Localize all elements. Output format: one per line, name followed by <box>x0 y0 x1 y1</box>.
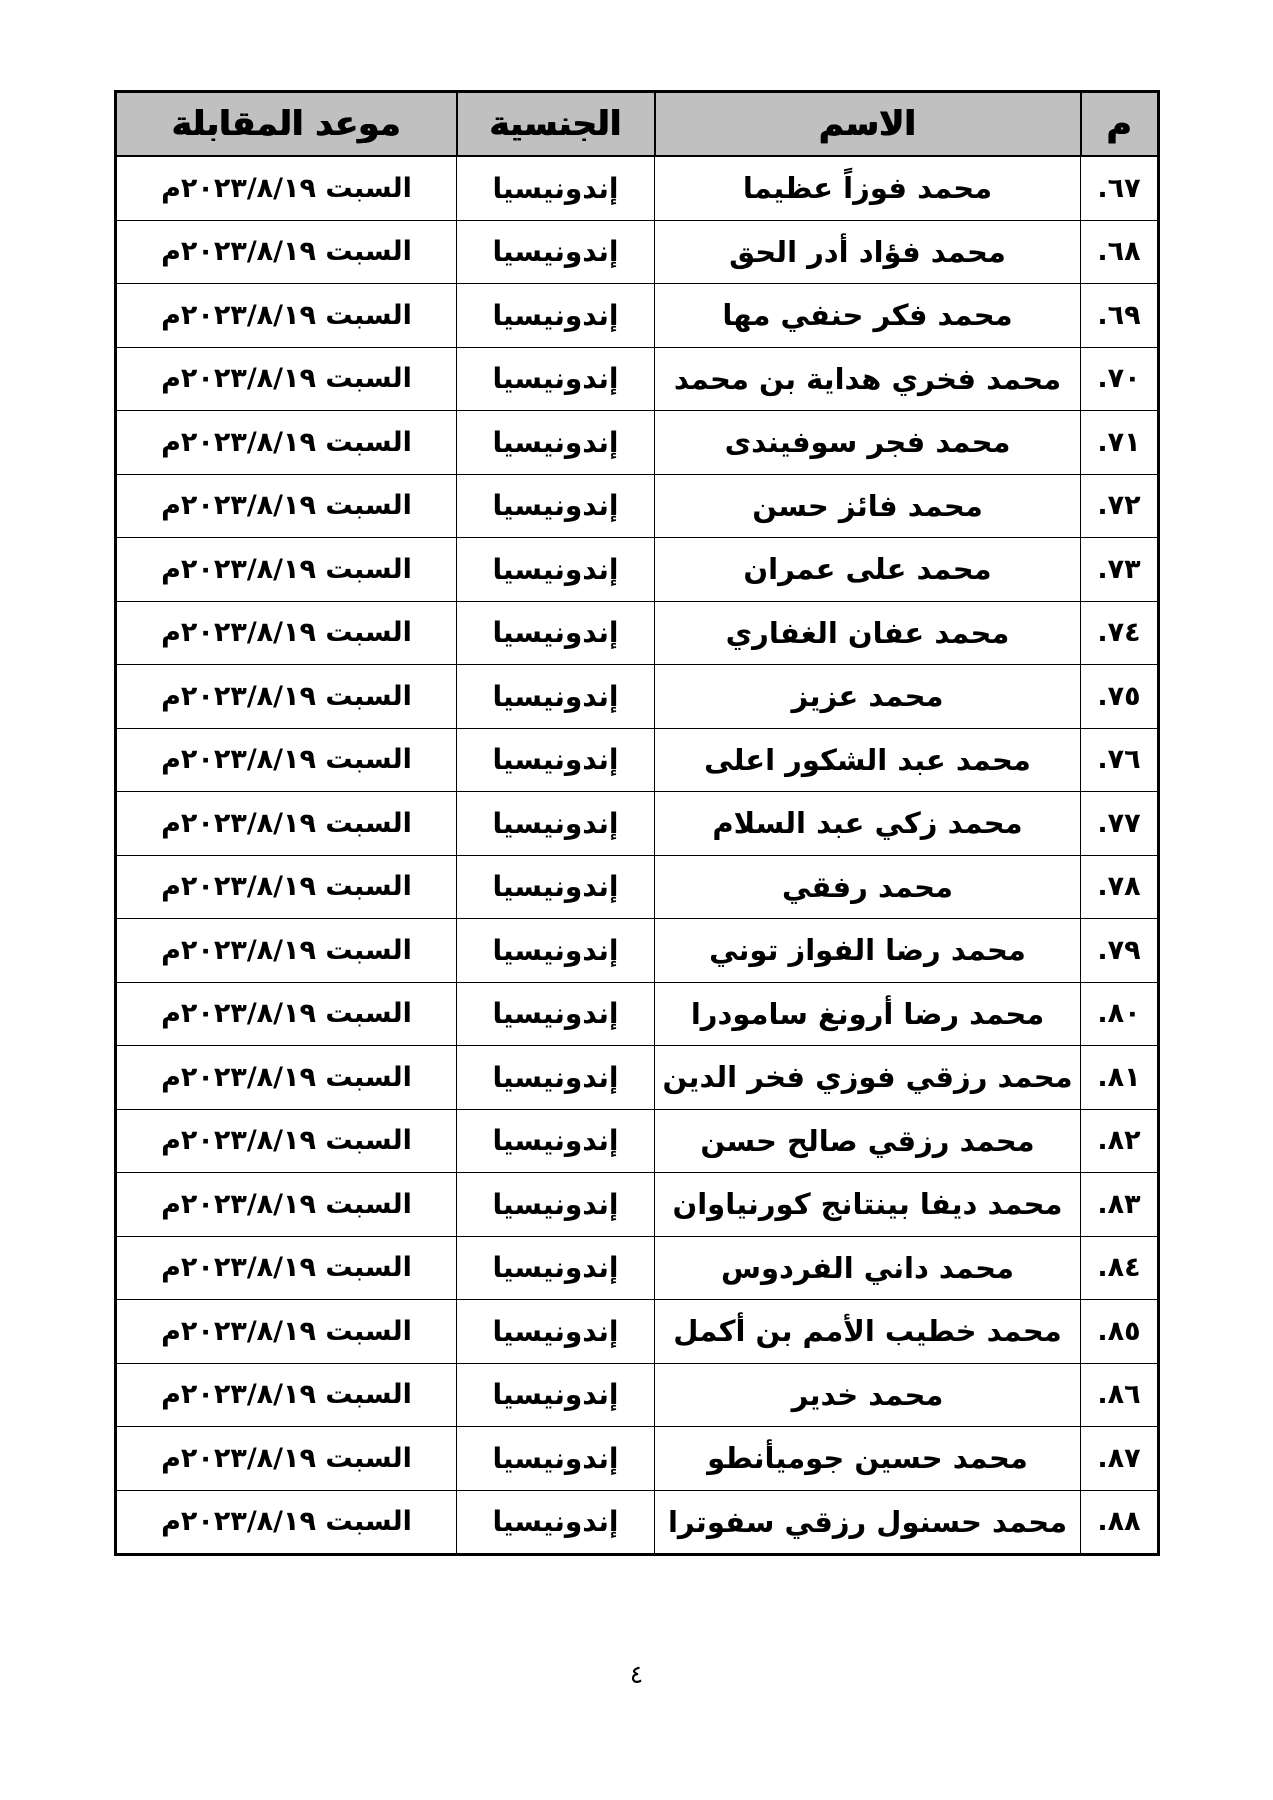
cell-number: ٧٥. <box>1081 665 1159 729</box>
header-nationality-column: الجنسية <box>457 92 655 157</box>
cell-date: السبت ٢٠٢٣/٨/١٩م <box>116 1300 457 1364</box>
cell-date: السبت ٢٠٢٣/٨/١٩م <box>116 347 457 411</box>
cell-date: السبت ٢٠٢٣/٨/١٩م <box>116 1427 457 1491</box>
table-row: ٦٩.محمد فكر حنفي مهاإندونيسياالسبت ٢٠٢٣/… <box>116 284 1159 348</box>
cell-number: ٨٣. <box>1081 1173 1159 1237</box>
table-row: ٨٧.محمد حسين جوميأنطوإندونيسياالسبت ٢٠٢٣… <box>116 1427 1159 1491</box>
table-row: ٨٣.محمد ديفا بينتانج كورنياوانإندونيسياا… <box>116 1173 1159 1237</box>
cell-number: ٨١. <box>1081 1046 1159 1110</box>
cell-nationality: إندونيسيا <box>457 474 655 538</box>
cell-number: ٨٧. <box>1081 1427 1159 1491</box>
cell-nationality: إندونيسيا <box>457 1173 655 1237</box>
table-row: ٧٥.محمد عزيزإندونيسياالسبت ٢٠٢٣/٨/١٩م <box>116 665 1159 729</box>
cell-date: السبت ٢٠٢٣/٨/١٩م <box>116 665 457 729</box>
cell-number: ٧٢. <box>1081 474 1159 538</box>
cell-name: محمد عفان الغفاري <box>655 601 1081 665</box>
table-row: ٧٧.محمد زكي عبد السلامإندونيسياالسبت ٢٠٢… <box>116 792 1159 856</box>
table-row: ٧٩.محمد رضا الفواز تونيإندونيسياالسبت ٢٠… <box>116 919 1159 983</box>
table-row: ٧٦.محمد عبد الشكور اعلىإندونيسياالسبت ٢٠… <box>116 728 1159 792</box>
cell-number: ٨٤. <box>1081 1236 1159 1300</box>
cell-name: محمد رضا أرونغ سامودرا <box>655 982 1081 1046</box>
cell-number: ٨٠. <box>1081 982 1159 1046</box>
table-row: ٧٨.محمد رفقيإندونيسياالسبت ٢٠٢٣/٨/١٩م <box>116 855 1159 919</box>
page-number: ٤ <box>0 1660 1273 1689</box>
cell-name: محمد خدير <box>655 1363 1081 1427</box>
cell-name: محمد رضا الفواز توني <box>655 919 1081 983</box>
cell-date: السبت ٢٠٢٣/٨/١٩م <box>116 1236 457 1300</box>
cell-name: محمد حسنول رزقي سفوترا <box>655 1490 1081 1555</box>
cell-name: محمد فؤاد أدر الحق <box>655 220 1081 284</box>
header-row: م الاسم الجنسية موعد المقابلة <box>116 92 1159 157</box>
cell-number: ٧٩. <box>1081 919 1159 983</box>
cell-nationality: إندونيسيا <box>457 1046 655 1110</box>
cell-nationality: إندونيسيا <box>457 1427 655 1491</box>
cell-number: ٦٨. <box>1081 220 1159 284</box>
cell-nationality: إندونيسيا <box>457 347 655 411</box>
cell-nationality: إندونيسيا <box>457 792 655 856</box>
table-row: ٧١.محمد فجر سوفيندىإندونيسياالسبت ٢٠٢٣/٨… <box>116 411 1159 475</box>
cell-number: ٧٧. <box>1081 792 1159 856</box>
table-row: ٦٨.محمد فؤاد أدر الحقإندونيسياالسبت ٢٠٢٣… <box>116 220 1159 284</box>
cell-name: محمد رفقي <box>655 855 1081 919</box>
cell-date: السبت ٢٠٢٣/٨/١٩م <box>116 1173 457 1237</box>
cell-nationality: إندونيسيا <box>457 919 655 983</box>
cell-number: ٧٣. <box>1081 538 1159 602</box>
header-number-column: م <box>1081 92 1159 157</box>
cell-date: السبت ٢٠٢٣/٨/١٩م <box>116 156 457 220</box>
cell-number: ٦٧. <box>1081 156 1159 220</box>
table-row: ٧٣.محمد على عمرانإندونيسياالسبت ٢٠٢٣/٨/١… <box>116 538 1159 602</box>
cell-date: السبت ٢٠٢٣/٨/١٩م <box>116 411 457 475</box>
header-interview-date-column: موعد المقابلة <box>116 92 457 157</box>
cell-number: ٧٨. <box>1081 855 1159 919</box>
cell-date: السبت ٢٠٢٣/٨/١٩م <box>116 792 457 856</box>
table-row: ٧٠.محمد فخري هداية بن محمدإندونيسياالسبت… <box>116 347 1159 411</box>
cell-name: محمد فجر سوفيندى <box>655 411 1081 475</box>
cell-date: السبت ٢٠٢٣/٨/١٩م <box>116 220 457 284</box>
cell-date: السبت ٢٠٢٣/٨/١٩م <box>116 1109 457 1173</box>
cell-name: محمد عزيز <box>655 665 1081 729</box>
cell-name: محمد رزقي فوزي فخر الدين <box>655 1046 1081 1110</box>
cell-name: محمد خطيب الأمم بن أكمل <box>655 1300 1081 1364</box>
cell-nationality: إندونيسيا <box>457 411 655 475</box>
cell-nationality: إندونيسيا <box>457 1109 655 1173</box>
table-row: ٨٨.محمد حسنول رزقي سفوتراإندونيسياالسبت … <box>116 1490 1159 1555</box>
cell-number: ٨٢. <box>1081 1109 1159 1173</box>
cell-name: محمد على عمران <box>655 538 1081 602</box>
cell-nationality: إندونيسيا <box>457 1236 655 1300</box>
cell-nationality: إندونيسيا <box>457 284 655 348</box>
cell-nationality: إندونيسيا <box>457 156 655 220</box>
cell-date: السبت ٢٠٢٣/٨/١٩م <box>116 601 457 665</box>
cell-nationality: إندونيسيا <box>457 601 655 665</box>
cell-name: محمد فوزاً عظيما <box>655 156 1081 220</box>
cell-name: محمد زكي عبد السلام <box>655 792 1081 856</box>
cell-nationality: إندونيسيا <box>457 855 655 919</box>
cell-name: محمد فخري هداية بن محمد <box>655 347 1081 411</box>
cell-nationality: إندونيسيا <box>457 982 655 1046</box>
cell-number: ٧٦. <box>1081 728 1159 792</box>
table-row: ٨٢.محمد رزقي صالح حسنإندونيسياالسبت ٢٠٢٣… <box>116 1109 1159 1173</box>
cell-date: السبت ٢٠٢٣/٨/١٩م <box>116 855 457 919</box>
cell-date: السبت ٢٠٢٣/٨/١٩م <box>116 982 457 1046</box>
table-row: ٨٠.محمد رضا أرونغ سامودراإندونيسياالسبت … <box>116 982 1159 1046</box>
table-row: ٨١.محمد رزقي فوزي فخر الدينإندونيسياالسب… <box>116 1046 1159 1110</box>
cell-name: محمد داني الفردوس <box>655 1236 1081 1300</box>
table-row: ٧٢.محمد فائز حسنإندونيسياالسبت ٢٠٢٣/٨/١٩… <box>116 474 1159 538</box>
document-page: م الاسم الجنسية موعد المقابلة ٦٧.محمد فو… <box>0 0 1273 1800</box>
table-body: ٦٧.محمد فوزاً عظيماإندونيسياالسبت ٢٠٢٣/٨… <box>116 156 1159 1555</box>
cell-date: السبت ٢٠٢٣/٨/١٩م <box>116 919 457 983</box>
table-row: ٨٦.محمد خديرإندونيسياالسبت ٢٠٢٣/٨/١٩م <box>116 1363 1159 1427</box>
cell-nationality: إندونيسيا <box>457 220 655 284</box>
table-row: ٦٧.محمد فوزاً عظيماإندونيسياالسبت ٢٠٢٣/٨… <box>116 156 1159 220</box>
cell-name: محمد عبد الشكور اعلى <box>655 728 1081 792</box>
cell-number: ٧٤. <box>1081 601 1159 665</box>
table-row: ٨٤.محمد داني الفردوسإندونيسياالسبت ٢٠٢٣/… <box>116 1236 1159 1300</box>
cell-number: ٧١. <box>1081 411 1159 475</box>
cell-number: ٨٦. <box>1081 1363 1159 1427</box>
cell-nationality: إندونيسيا <box>457 1300 655 1364</box>
cell-number: ٨٨. <box>1081 1490 1159 1555</box>
cell-date: السبت ٢٠٢٣/٨/١٩م <box>116 728 457 792</box>
cell-name: محمد فائز حسن <box>655 474 1081 538</box>
cell-number: ٨٥. <box>1081 1300 1159 1364</box>
cell-date: السبت ٢٠٢٣/٨/١٩م <box>116 1363 457 1427</box>
table-row: ٧٤.محمد عفان الغفاريإندونيسياالسبت ٢٠٢٣/… <box>116 601 1159 665</box>
cell-date: السبت ٢٠٢٣/٨/١٩م <box>116 284 457 348</box>
cell-date: السبت ٢٠٢٣/٨/١٩م <box>116 1046 457 1110</box>
cell-date: السبت ٢٠٢٣/٨/١٩م <box>116 474 457 538</box>
cell-name: محمد حسين جوميأنطو <box>655 1427 1081 1491</box>
cell-date: السبت ٢٠٢٣/٨/١٩م <box>116 1490 457 1555</box>
header-name-column: الاسم <box>655 92 1081 157</box>
cell-number: ٦٩. <box>1081 284 1159 348</box>
cell-name: محمد ديفا بينتانج كورنياوان <box>655 1173 1081 1237</box>
cell-nationality: إندونيسيا <box>457 1490 655 1555</box>
cell-nationality: إندونيسيا <box>457 728 655 792</box>
cell-name: محمد فكر حنفي مها <box>655 284 1081 348</box>
applicants-table: م الاسم الجنسية موعد المقابلة ٦٧.محمد فو… <box>114 90 1160 1556</box>
cell-date: السبت ٢٠٢٣/٨/١٩م <box>116 538 457 602</box>
cell-nationality: إندونيسيا <box>457 665 655 729</box>
table-row: ٨٥.محمد خطيب الأمم بن أكملإندونيسياالسبت… <box>116 1300 1159 1364</box>
cell-nationality: إندونيسيا <box>457 538 655 602</box>
cell-nationality: إندونيسيا <box>457 1363 655 1427</box>
cell-name: محمد رزقي صالح حسن <box>655 1109 1081 1173</box>
cell-number: ٧٠. <box>1081 347 1159 411</box>
